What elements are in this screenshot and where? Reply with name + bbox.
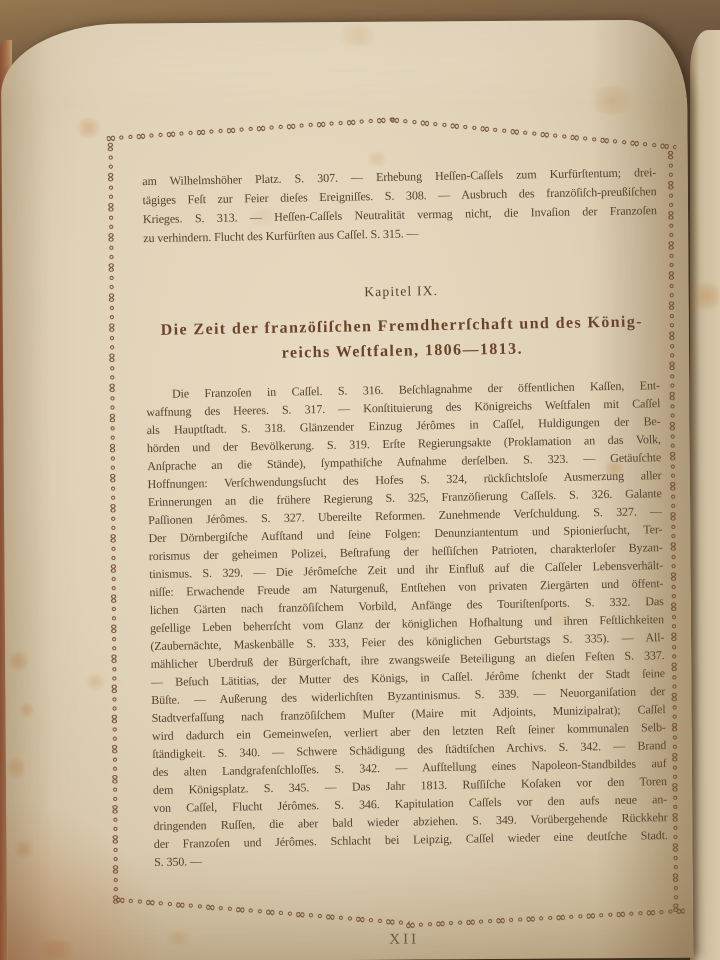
next-page-edge: ∞∘∘∞∘∘∞∘∘∞∘∘∞∘∘∞∘∘∞∘∘∞∘∘∞∘∘∞∘∘∞∘∘∞∘∘∞∘∘∞… bbox=[690, 30, 720, 960]
foxing-spot bbox=[8, 754, 24, 780]
chapter-title: Die Zeit der franzöſiſchen Fremdherrſcha… bbox=[145, 309, 660, 368]
foxing-spot bbox=[9, 650, 27, 672]
foxing-spot bbox=[75, 118, 101, 138]
chain-ornament-bottom: ∞∘∘∞∘∘∞∘∘∞∘∘∞∘∘∞∘∘∞∘∘∞∘∘∞∘∘∞∘∘∞∘∘∞∘∘ bbox=[114, 893, 410, 933]
book-photo: ∞∘∘∞∘∘∞∘∘∞∘∘∞∘∘∞∘∘∞∘∘∞∘∘∞∘∘∞∘∘∞∘∘∞∘∘∞∘∘∞… bbox=[0, 0, 720, 960]
page-content: am Wilhelmshöher Platz. S. 307. — Erhebu… bbox=[142, 163, 668, 871]
foxing-spot bbox=[337, 24, 379, 46]
foxing-spot bbox=[14, 840, 32, 858]
foxing-spot bbox=[85, 674, 105, 690]
chapter-heading: Kapitel IX. bbox=[144, 277, 658, 305]
continuation-text: am Wilhelmshöher Platz. S. 307. — Erhebu… bbox=[142, 163, 657, 248]
chain-ornament-top: ∞∘∘∞∘∘∞∘∘∞∘∘∞∘∘∞∘∘∞∘∘∞∘∘∞∘∘∞∘∘∞∘∘∞∘∘ bbox=[389, 113, 677, 157]
foxing-spot bbox=[163, 931, 193, 945]
foxing-spot bbox=[33, 940, 77, 960]
chain-ornament-left: ∞∘∘∞∘∘∞∘∘∞∘∘∞∘∘∞∘∘∞∘∘∞∘∘∞∘∘∞∘∘∞∘∘∞∘∘∞∘∘∞… bbox=[102, 142, 123, 904]
foxing-spot bbox=[19, 702, 33, 718]
foxing-spot bbox=[587, 86, 635, 114]
foxing-spot bbox=[366, 152, 388, 166]
page-number: XII bbox=[329, 931, 479, 949]
chain-ornament-top: ∞∘∘∞∘∘∞∘∘∞∘∘∞∘∘∞∘∘∞∘∘∞∘∘∞∘∘∞∘∘∞∘∘∞∘∘ bbox=[105, 112, 397, 147]
chain-ornament-bottom: ∞∘∘∞∘∘∞∘∘∞∘∘∞∘∘∞∘∘∞∘∘∞∘∘∞∘∘∞∘∘∞∘∘∞∘∘ bbox=[405, 904, 685, 935]
toc-body-text: Die Franzoſen in Caſſel. S. 316. Beſchla… bbox=[146, 376, 668, 871]
book-page: ∞∘∘∞∘∘∞∘∘∞∘∘∞∘∘∞∘∘∞∘∘∞∘∘∞∘∘∞∘∘∞∘∘∞∘∘ ∞∘∘… bbox=[1, 20, 694, 960]
